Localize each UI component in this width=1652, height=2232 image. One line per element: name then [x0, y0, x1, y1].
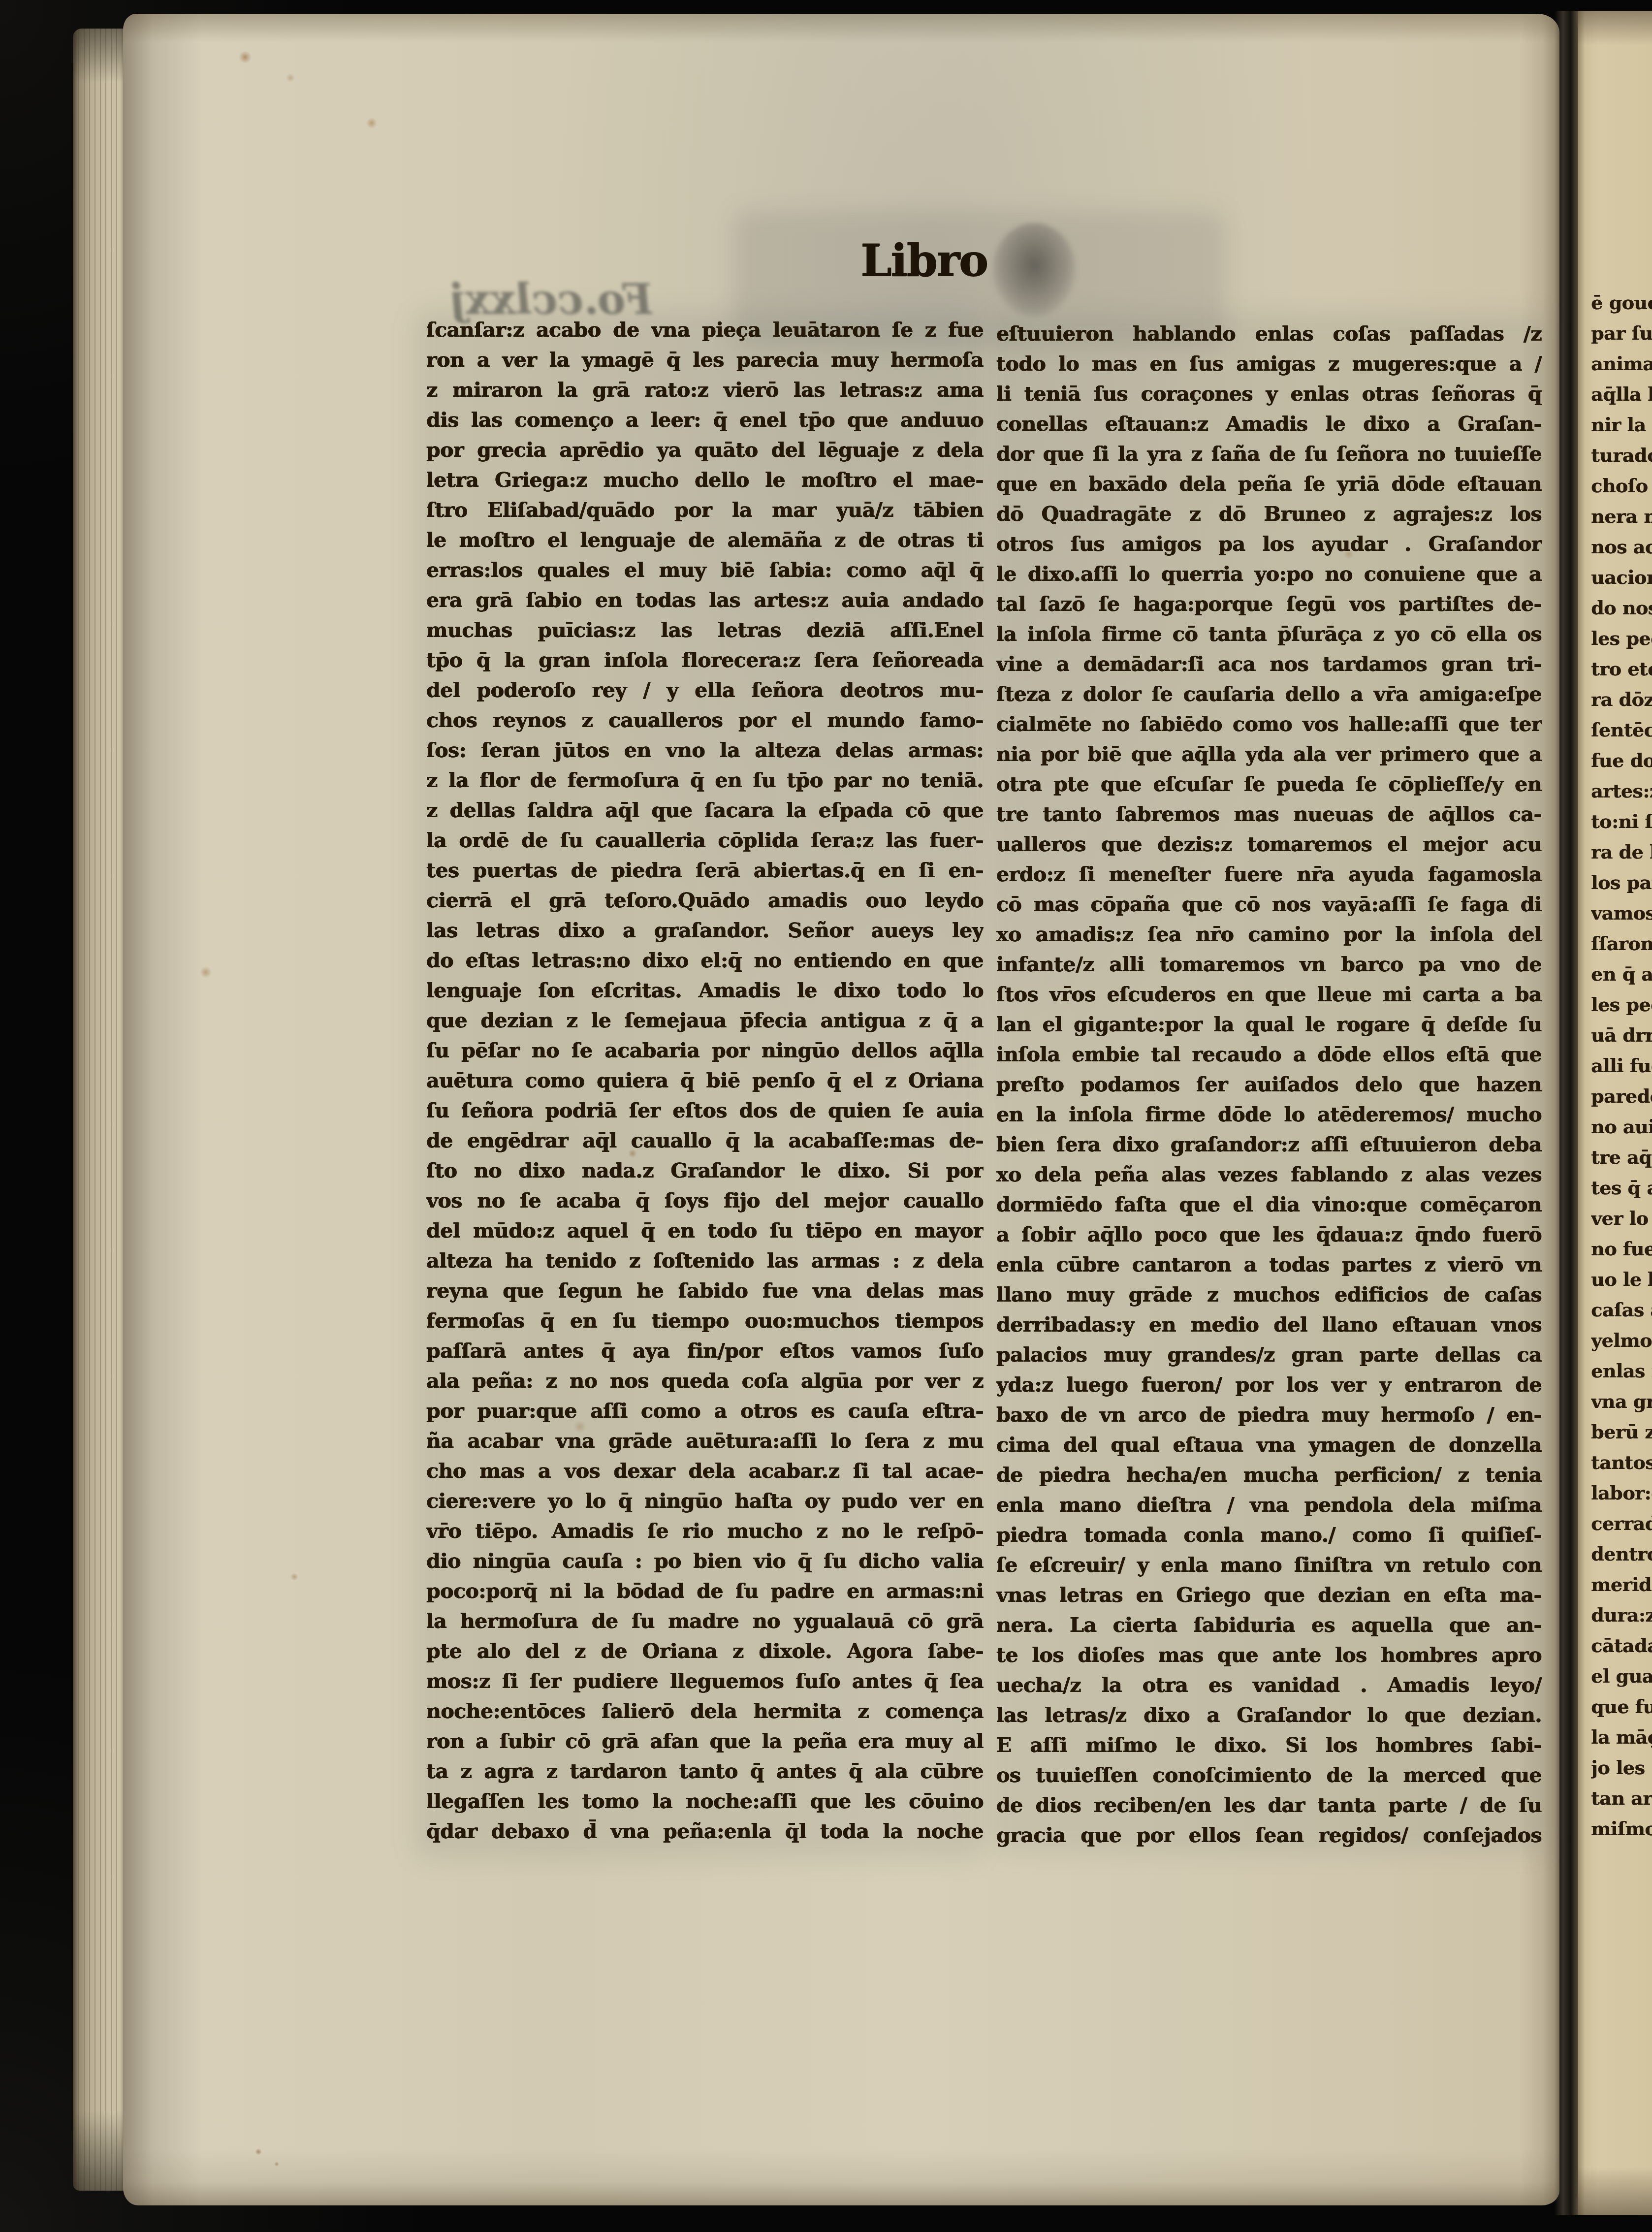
text-fragment: en q̄ auia: [1591, 959, 1652, 989]
text-line: dō Quadragāte z dō Bruneo z agrajes:z lo…: [996, 499, 1542, 529]
text-line: tre tanto ſabremos mas nueuas de aq̄llos…: [996, 799, 1542, 829]
text-line: inſola embie tal recaudo a dōde ellos eſ…: [996, 1040, 1542, 1070]
text-line: te los dioſes mas que ante los hombres a…: [996, 1640, 1542, 1670]
text-line: preſto podamos ſer auiſados delo que haz…: [996, 1070, 1542, 1100]
text-line: yda:z luego fueron/ por los ver y entrar…: [996, 1370, 1542, 1400]
text-line: cialmēte no ſabiēdo como vos halle:aſſi …: [996, 709, 1542, 739]
text-fragment: tes q̄ alu: [1591, 1173, 1652, 1203]
text-fragment: enlas m: [1591, 1356, 1652, 1386]
text-line: las letras dixo a graſandor. Señor aueys…: [426, 916, 984, 946]
text-line: vr̄o tiēpo. Amadis ſe rio mucho z no le …: [426, 1516, 984, 1546]
text-line: xo amadis:z ſea nr̄o camino por la inſol…: [996, 920, 1542, 950]
text-line: tal ſazō ſe haga:porque ſegū vos partiſt…: [996, 589, 1542, 619]
text-line: ſu pēſar no ſe acabaria por ningūo dello…: [426, 1036, 984, 1066]
text-line: de piedra hecha/en mucha perficion/ z te…: [996, 1460, 1542, 1490]
text-line: piedra tomada conla mano./ como ſi quiſi…: [996, 1520, 1542, 1550]
text-fragment: yelmos e: [1591, 1325, 1652, 1356]
text-line: do eſtas letras:no dixo el:q̄ no entiend…: [426, 946, 984, 976]
text-fragment: tantos a: [1591, 1447, 1652, 1478]
text-fragment: nir la fizo: [1591, 410, 1652, 440]
text-fragment: ver lo q̄ b: [1591, 1203, 1652, 1234]
text-fragment: cerrada: [1591, 1508, 1652, 1539]
text-line: ala peña: z no nos queda coſa algūa por …: [426, 1366, 984, 1396]
text-line: de engēdrar aq̄l cauallo q̄ la acabaſſe:…: [426, 1126, 984, 1156]
text-fragment: do nos:b: [1591, 593, 1652, 623]
text-line: bien ſera dixo graſandor:z aſſi eſtuuier…: [996, 1130, 1542, 1160]
page-gutter-shadow: [1555, 11, 1579, 2215]
text-fragment: cātada: [1591, 1630, 1652, 1661]
text-line: vnas letras en Griego que dezian en eſta…: [996, 1580, 1542, 1610]
text-line: que en baxādo dela peña ſe yriā dōde eſt…: [996, 469, 1542, 499]
text-fragment: to:ni ſe ſu: [1591, 806, 1652, 837]
text-line: z miraron la grā rato:z vierō las letras…: [426, 375, 984, 405]
text-fragment: artes:z tā: [1591, 776, 1652, 806]
text-line: cierrā el grā teſoro.Quādo amadis ouo le…: [426, 886, 984, 916]
text-fragment: vna grā: [1591, 1386, 1652, 1417]
text-line: otros ſus amigos pa los ayudar . Graſand…: [996, 529, 1542, 559]
text-fragment: jo les: [1591, 1753, 1652, 1783]
text-line: conellas eſtauan:z Amadis le dixo a Graſ…: [996, 409, 1542, 439]
text-fragment: tre aq̄llos: [1591, 1142, 1652, 1173]
text-line: uecha/z la otra es vanidad . Amadis leyo…: [996, 1670, 1542, 1700]
text-line: ſteza z dolor ſe cauſaria dello a vr̄a a…: [996, 679, 1542, 709]
text-fragment: dura:z: [1591, 1600, 1652, 1630]
ink-smudge: [992, 223, 1076, 317]
text-line: mos:z ſi ſer pudiere lleguemos ſuſo ante…: [426, 1666, 984, 1696]
text-line: nera. La cierta ſabiduria es aquella que…: [996, 1610, 1542, 1640]
text-line: del mūdo:z aquel q̄ en todo ſu tiēpo en …: [426, 1216, 984, 1246]
text-line: z la flor de fermoſura q̄ en ſu tp̄o par…: [426, 765, 984, 796]
text-line: dis las començo a leer: q̄ enel tp̄o que…: [426, 405, 984, 435]
text-line: tp̄o q̄ la gran inſola florecera:z ſera …: [426, 645, 984, 675]
text-line: muchas puīcias:z las letras deziā aſſi.E…: [426, 615, 984, 645]
text-line: pte alo del z de Oriana z dixole. Agora …: [426, 1636, 984, 1666]
text-fragment: tro eterno: [1591, 654, 1652, 684]
text-line: ſu ſeñora podriā ſer eſtos dos de quien …: [426, 1096, 984, 1126]
text-fragment: el guar: [1591, 1661, 1652, 1691]
text-fragment: vamos a: [1591, 898, 1652, 928]
text-line: las letras/z dixo a Graſandor lo que dez…: [996, 1700, 1542, 1730]
text-line: llano muy grāde z muchos edificios de ca…: [996, 1280, 1542, 1310]
text-fragment: les peciā: [1591, 989, 1652, 1020]
text-line: cima del qual eſtaua vna ymagen de donze…: [996, 1430, 1542, 1460]
text-fragment: miſmo: [1591, 1814, 1652, 1844]
book-page: Fo.cclxxj Libro ſcanſar:z acabo de vna p…: [123, 14, 1559, 2205]
text-fragment: fue dotad: [1591, 745, 1652, 776]
text-fragment: dentro e: [1591, 1539, 1652, 1569]
text-line: del poderoſo rey / y ella ſeñora deotros…: [426, 675, 984, 705]
text-line: li teniā ſus coraçones y enlas otras ſeñ…: [996, 379, 1542, 409]
text-fragment: labor:er: [1591, 1478, 1652, 1508]
text-fragment: paredes d: [1591, 1081, 1652, 1112]
text-line: derribadas:y en medio del llano eſtauan …: [996, 1310, 1542, 1340]
text-line: la ordē de ſu caualleria cōplida ſera:z …: [426, 826, 984, 856]
text-line: gracia que por ellos ſean regidos/ conſe…: [996, 1820, 1542, 1850]
text-line: baxo de vn arco de piedra muy hermoſo / …: [996, 1400, 1542, 1430]
text-fragment: turados ſ: [1591, 440, 1652, 471]
text-line: vine a demādar:ſi aca nos tardamos gran …: [996, 649, 1542, 679]
text-fragment: la māç: [1591, 1722, 1652, 1753]
text-line: poco:porq̄ ni la bōdad de ſu padre en ar…: [426, 1576, 984, 1606]
text-line: noche:entōces ſalierō dela hermita z com…: [426, 1696, 984, 1726]
text-line: le dixo.aſſi lo querria yo:po no conuien…: [996, 559, 1542, 589]
text-line: ſto no dixo nada.z Graſandor le dixo. Si…: [426, 1156, 984, 1186]
text-line: ualleros que dezis:z tomaremos el mejor …: [996, 829, 1542, 860]
text-line: paſſarā antes q̄ aya fin/por eſtos vamos…: [426, 1336, 984, 1366]
book-photograph: Fo.cclxxj Libro ſcanſar:z acabo de vna p…: [0, 0, 1652, 2232]
text-line: dio ningūa cauſa : po bien vio q̄ ſu dic…: [426, 1546, 984, 1576]
text-fragment: nera mēte: [1591, 501, 1652, 532]
text-fragment: ra de hab: [1591, 837, 1652, 867]
text-line: ta z agra z tardaron tanto q̄ antes q̄ a…: [426, 1756, 984, 1786]
text-line: nia por biē que aq̄lla yda ala ver prime…: [996, 739, 1542, 769]
text-fragment: ē gouern: [1591, 287, 1652, 318]
text-line: erras:los quales el muy biē ſabia: como …: [426, 555, 984, 585]
text-line: ſos: ſeran jūtos en vno la alteza delas …: [426, 735, 984, 765]
text-line: lan el gigante:por la qual le rogare q̄ …: [996, 1010, 1542, 1040]
next-leaf-fore-edge: ē gouernpar ſu ſabanima adaq̄lla lannir …: [1578, 11, 1652, 2215]
text-column-left: ſcanſar:z acabo de vna pieça leuātaron ſ…: [426, 315, 984, 1856]
text-line: ſtos vr̄os eſcuderos en que lleue mi car…: [996, 980, 1542, 1010]
next-leaf-text-fragments: ē gouernpar ſu ſabanima adaq̄lla lannir …: [1591, 287, 1652, 1844]
text-line: vos no ſe acaba q̄ ſoys fijo del mejor c…: [426, 1186, 984, 1216]
text-column-right: eſtuuieron hablando enlas coſas paſſadas…: [996, 319, 1542, 1857]
text-line: auētura como quiera q̄ biē penſo q̄ el z…: [426, 1066, 984, 1096]
text-line: cō mas cōpaña que cō nos vayā:aſſi ſe fa…: [996, 890, 1542, 920]
text-fragment: los paſſa: [1591, 867, 1652, 898]
text-line: ciere:vere yo lo q̄ ningūo haſta oy pudo…: [426, 1486, 984, 1516]
text-fragment: les peced: [1591, 623, 1652, 654]
text-line: ſtro Eliſabad/quādo por la mar yuā/z tāb…: [426, 495, 984, 525]
text-fragment: choſo ſu ſ: [1591, 471, 1652, 501]
text-fragment: caſas ad: [1591, 1295, 1652, 1325]
text-line: la inſola firme cō tanta p̄ſurāça z yo c…: [996, 619, 1542, 649]
text-fragment: ſſaron po: [1591, 928, 1652, 959]
running-head-title: Libro: [860, 234, 987, 287]
text-line: erdo:z ſi meneſter fuere nr̄a ayuda faga…: [996, 860, 1542, 890]
text-line: alteza ha tenido z ſoſtenido las armas :…: [426, 1246, 984, 1276]
text-fragment: uā drriba: [1591, 1020, 1652, 1051]
text-line: enla cūbre cantaron a todas partes z vie…: [996, 1250, 1542, 1280]
text-line: tes puertas de piedra ſerā abiertas.q̄ e…: [426, 856, 984, 886]
text-line: todo lo mas en ſus amigas z mugeres:que …: [996, 349, 1542, 379]
text-line: infante/z alli tomaremos vn barco pa vno…: [996, 950, 1542, 980]
text-line: por puar:que aſſi como a otros es cauſa …: [426, 1396, 984, 1426]
text-line: que dezian z le ſemejaua p̄fecia antigua…: [426, 1006, 984, 1036]
text-fragment: tan ar: [1591, 1783, 1652, 1814]
text-line: letra Griega:z mucho dello le moſtro el …: [426, 465, 984, 495]
text-line: de dios reciben/en les dar tanta parte /…: [996, 1790, 1542, 1820]
text-fragment: ra dōzell: [1591, 684, 1652, 715]
text-fragment: par ſu ſab: [1591, 318, 1652, 349]
text-fragment: alli fuerō: [1591, 1051, 1652, 1081]
text-fragment: uacion no: [1591, 562, 1652, 593]
text-line: fermoſas q̄ en ſu tiempo ouo:muchos tiem…: [426, 1306, 984, 1336]
text-line: la hermoſura de ſu madre no ygualauā cō …: [426, 1606, 984, 1636]
text-line: dormiēdo faſta que el dia vino:que comēç…: [996, 1190, 1542, 1220]
text-line: E aſſi miſmo le dixo. Si los hombres ſab…: [996, 1730, 1542, 1760]
text-line: ſe eſcreuir/ y enla mano ſiniſtra vn ret…: [996, 1550, 1542, 1580]
text-fragment: nos acaec: [1591, 532, 1652, 562]
text-line: ron a ver la ymagē q̄ les parecia muy he…: [426, 345, 984, 375]
text-line: palacios muy grandes/z gran parte dellas…: [996, 1340, 1542, 1370]
text-line: z dellas ſaldra aq̄l que ſacara la eſpad…: [426, 796, 984, 826]
text-line: os tuuieſſen conoſcimiento de la merced …: [996, 1760, 1542, 1790]
text-line: a ſobir aq̄llo poco que les q̄daua:z q̄n…: [996, 1220, 1542, 1250]
text-line: xo dela peña alas vezes fablando z alas …: [996, 1160, 1542, 1190]
text-line: reyna que ſegun he ſabido fue vna delas …: [426, 1276, 984, 1306]
text-line: ron a ſubir cō grā afan que la peña era …: [426, 1726, 984, 1756]
text-line: eſtuuieron hablando enlas coſas paſſadas…: [996, 319, 1542, 349]
text-fragment: merida: [1591, 1569, 1652, 1600]
text-fragment: ſentēcias: [1591, 715, 1652, 745]
text-line: llegaſſen les tomo la noche:aſſi que les…: [426, 1786, 984, 1817]
text-line: enla mano dieſtra / vna pendola dela miſ…: [996, 1490, 1542, 1520]
text-line: ña acabar vna grāde auētura:aſſi lo ſera…: [426, 1426, 984, 1456]
text-fragment: berū z a: [1591, 1417, 1652, 1447]
text-fragment: no fue aſſ: [1591, 1234, 1652, 1264]
text-line: otra pte que eſcuſar ſe pueda ſe cōplieſ…: [996, 769, 1542, 799]
text-line: lenguaje ſon eſcritas. Amadis le dixo to…: [426, 976, 984, 1006]
text-line: era grā ſabio en todas las artes:z auia …: [426, 585, 984, 615]
text-line: le moſtro el lenguaje de alemāña z de ot…: [426, 525, 984, 555]
text-line: en la inſola firme dōde lo atēderemos/ m…: [996, 1100, 1542, 1130]
text-fragment: aq̄lla lan: [1591, 379, 1652, 410]
text-fragment: uo le biz: [1591, 1264, 1652, 1295]
text-line: chos reynos z caualleros por el mundo fa…: [426, 705, 984, 735]
text-line: dor que ſi la yra z ſaña de ſu ſeñora no…: [996, 439, 1542, 469]
text-fragment: que fue: [1591, 1691, 1652, 1722]
text-line: cho mas a vos dexar dela acabar.z ſi tal…: [426, 1456, 984, 1486]
text-fragment: anima ad: [1591, 349, 1652, 379]
text-line: q̄dar debaxo d̄ vna peña:enla q̄l toda l…: [426, 1817, 984, 1847]
text-line: por grecia aprēdio ya quāto del lēguaje …: [426, 435, 984, 465]
text-line: ſcanſar:z acabo de vna pieça leuātaron ſ…: [426, 315, 984, 345]
text-fragment: no auiā p: [1591, 1112, 1652, 1142]
